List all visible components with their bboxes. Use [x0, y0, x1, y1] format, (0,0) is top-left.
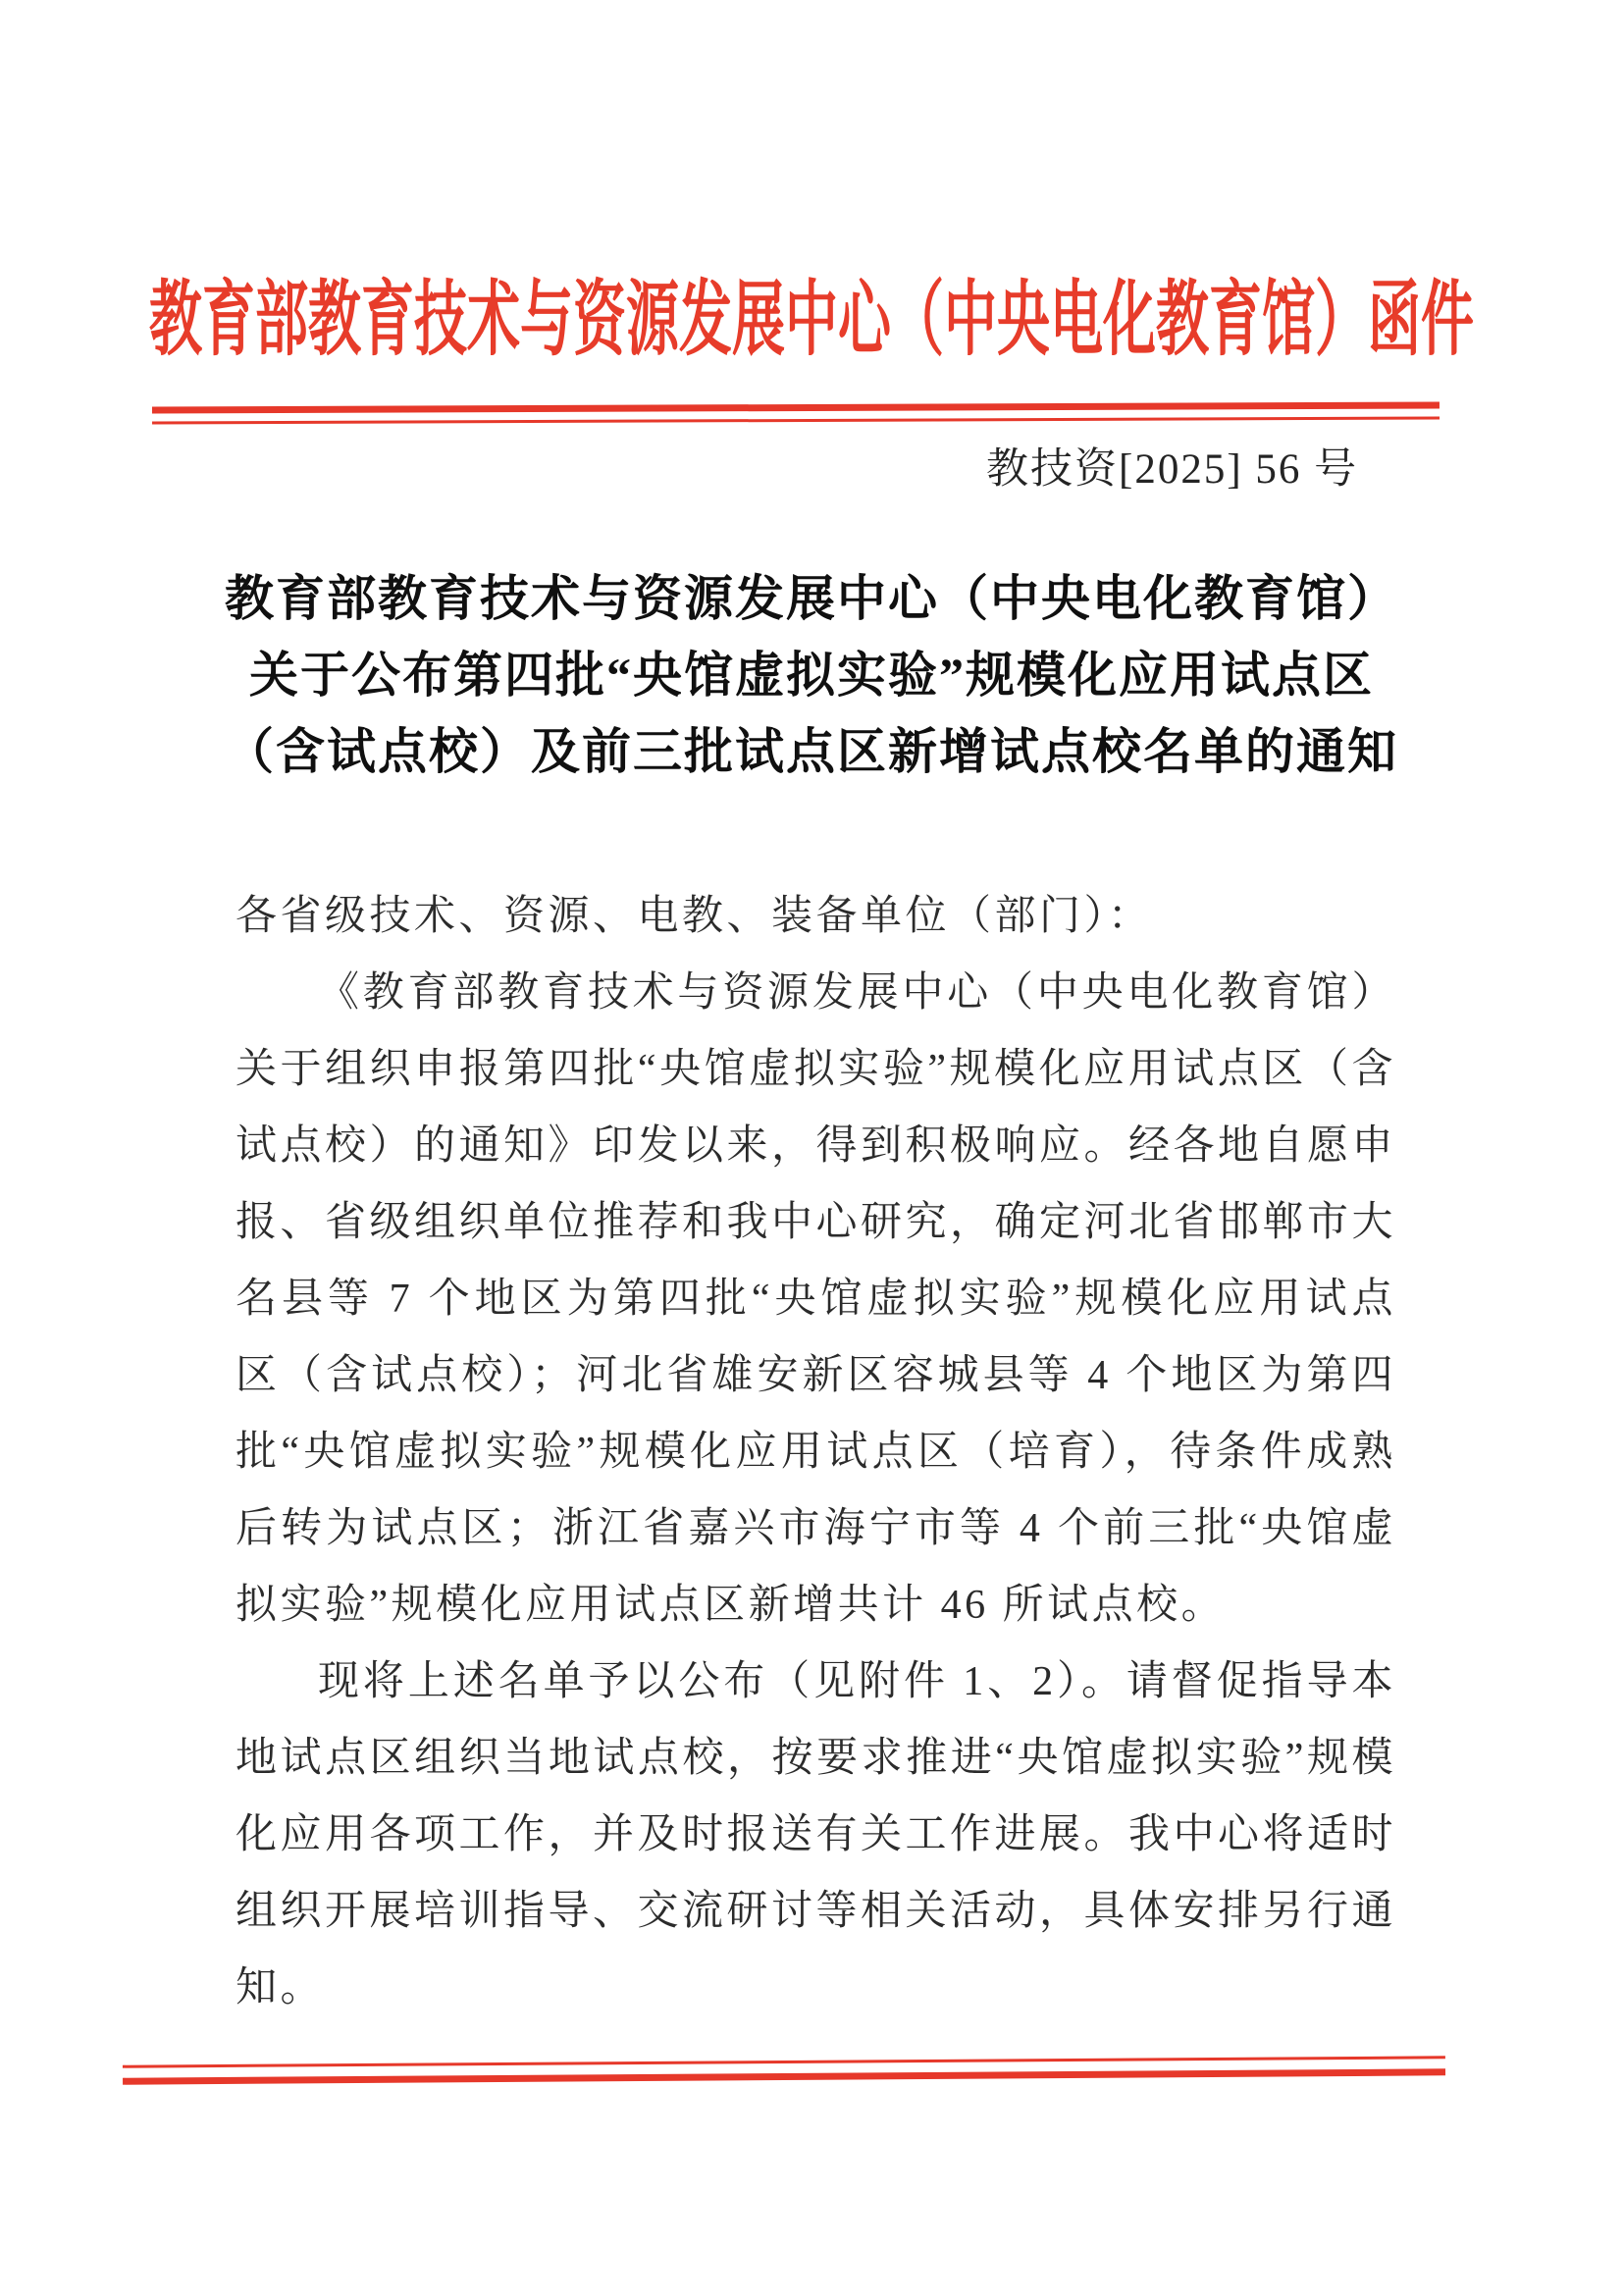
footer-divider — [123, 2056, 1445, 2084]
body-paragraph-1: 《教育部教育技术与资源发展中心（中央电化教育馆）关于组织申报第四批“央馆虚拟实验… — [236, 955, 1396, 1644]
document-title-line-1: 教育部教育技术与资源发展中心（中央电化教育馆） — [0, 560, 1623, 637]
document-number: 教技资[2025] 56 号 — [986, 444, 1358, 496]
document-body: 各省级技术、资源、电教、装备单位（部门）： 《教育部教育技术与资源发展中心（中央… — [236, 878, 1396, 2026]
salutation: 各省级技术、资源、电教、装备单位（部门）： — [236, 878, 1396, 955]
document-title: 教育部教育技术与资源发展中心（中央电化教育馆） 关于公布第四批“央馆虚拟实验”规… — [0, 560, 1623, 790]
document-title-line-3: （含试点校）及前三批试点区新增试点校名单的通知 — [0, 713, 1623, 790]
letterhead-divider — [152, 401, 1440, 424]
letterhead-title: 教育部教育技术与资源发展中心（中央电化教育馆）函件 — [0, 279, 1623, 361]
document-title-line-2: 关于公布第四批“央馆虚拟实验”规模化应用试点区 — [0, 637, 1623, 713]
body-paragraph-2: 现将上述名单予以公布（见附件 1、2）。请督促指导本地试点区组织当地试点校，按要… — [236, 1644, 1396, 2026]
document-page: 教育部教育技术与资源发展中心（中央电化教育馆）函件 教技资[2025] 56 号… — [0, 0, 1623, 2296]
